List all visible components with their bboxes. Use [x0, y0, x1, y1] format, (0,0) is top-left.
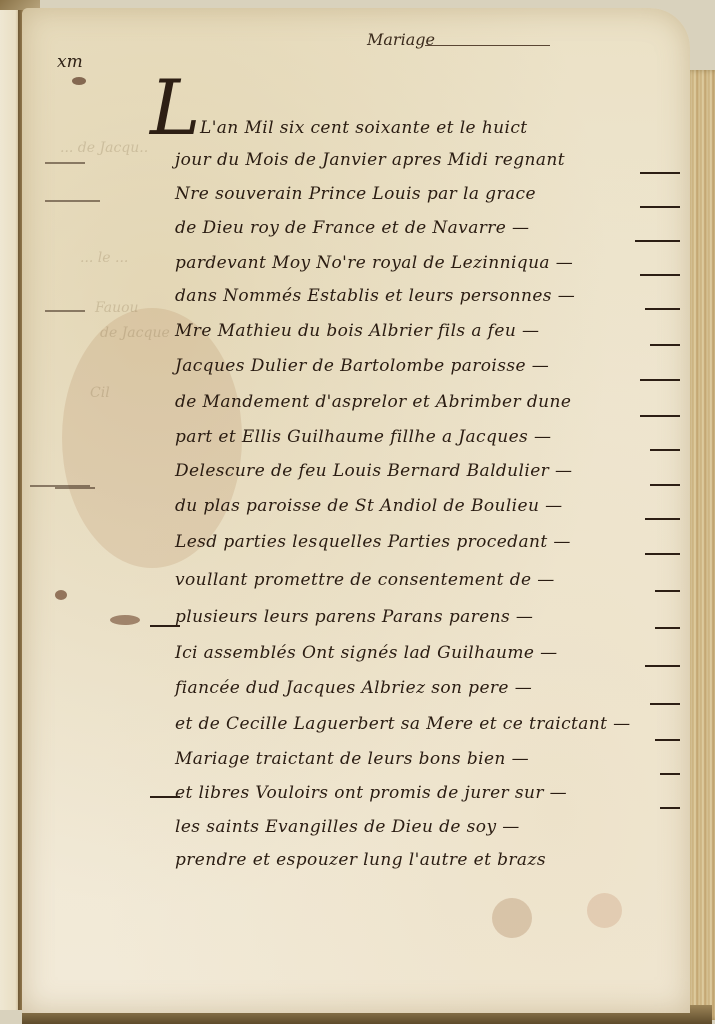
- entry-heading: Mariage: [367, 30, 435, 49]
- line-filler-stroke: [645, 308, 680, 310]
- line-filler-stroke: [655, 590, 680, 592]
- ink-blot: [72, 77, 86, 85]
- text-line: de Mandement d'asprelor et Abrimber dune: [175, 392, 571, 412]
- text-line: part et Ellis Guilhaume fillhe a Jacques…: [175, 427, 551, 447]
- line-filler-stroke: [640, 274, 680, 276]
- line-filler-stroke: [150, 625, 180, 627]
- ink-blot: [110, 615, 140, 625]
- heading-flourish: [425, 45, 550, 46]
- text-line: Delescure de feu Louis Bernard Baldulier…: [175, 461, 572, 481]
- text-line: et de Cecille Laguerbert sa Mere et ce t…: [175, 714, 631, 734]
- folio-number: xm: [57, 52, 83, 72]
- bleed-through-text: Fauou: [95, 300, 139, 316]
- text-line: Mariage traictant de leurs bons bien —: [175, 749, 529, 769]
- line-filler-stroke: [640, 172, 680, 174]
- text-line: Lesd parties lesquelles Parties procedan…: [175, 532, 571, 552]
- text-line: de Dieu roy de France et de Navarre —: [175, 218, 529, 238]
- line-filler-stroke: [660, 807, 680, 809]
- text-line: jour du Mois de Janvier apres Midi regna…: [175, 150, 565, 170]
- line-filler-stroke: [655, 627, 680, 629]
- line-filler-stroke: [660, 773, 680, 775]
- line-filler-stroke: [640, 415, 680, 417]
- text-line: L'an Mil six cent soixante et le huict: [200, 118, 528, 138]
- text-line: Nre souverain Prince Louis par la grace: [175, 184, 536, 204]
- text-line: plusieurs leurs parens Parans parens —: [175, 607, 533, 627]
- decorated-initial: L: [150, 70, 200, 146]
- line-filler-stroke: [640, 206, 680, 208]
- text-line: Ici assemblés Ont signés lad Guilhaume —: [175, 643, 558, 663]
- bleed-through-text: ... de Jacqu..: [60, 140, 148, 156]
- bleed-through-text: Cil: [90, 385, 110, 401]
- text-line: Mre Mathieu du bois Albrier fils a feu —: [175, 321, 539, 341]
- text-line: et libres Vouloirs ont promis de jurer s…: [175, 783, 567, 803]
- line-filler-stroke: [655, 739, 680, 741]
- line-filler-stroke: [635, 240, 680, 242]
- foxing-stain: [587, 893, 622, 928]
- line-filler-stroke: [645, 518, 680, 520]
- line-filler-stroke: [645, 553, 680, 555]
- line-filler-stroke: [650, 344, 680, 346]
- text-line: dans Nommés Establis et leurs personnes …: [175, 286, 575, 306]
- margin-dash: [45, 310, 85, 312]
- line-filler-stroke: [640, 379, 680, 381]
- line-filler-stroke: [650, 449, 680, 451]
- line-filler-stroke: [650, 703, 680, 705]
- line-filler-stroke: [645, 665, 680, 667]
- foxing-stain: [492, 898, 532, 938]
- margin-dash: [45, 162, 85, 164]
- margin-dash: [55, 487, 95, 489]
- bleed-through-text: de Jacque: [100, 325, 170, 341]
- ink-blot: [55, 590, 67, 600]
- text-line: les saints Evangilles de Dieu de soy —: [175, 817, 520, 837]
- text-line: fiancée dud Jacques Albriez son pere —: [175, 678, 532, 698]
- text-line: Jacques Dulier de Bartolombe paroisse —: [175, 356, 549, 376]
- text-line: voullant promettre de consentement de —: [175, 570, 555, 590]
- text-line: du plas paroisse de St Andiol de Boulieu…: [175, 496, 563, 516]
- text-line: prendre et espouzer lung l'autre et braz…: [175, 850, 546, 870]
- line-filler-stroke: [650, 484, 680, 486]
- line-filler-stroke: [150, 796, 180, 798]
- margin-dash: [45, 200, 100, 202]
- bleed-through-text: ... le ...: [80, 250, 128, 266]
- text-line: pardevant Moy No're royal de Lezinniqua …: [175, 253, 573, 273]
